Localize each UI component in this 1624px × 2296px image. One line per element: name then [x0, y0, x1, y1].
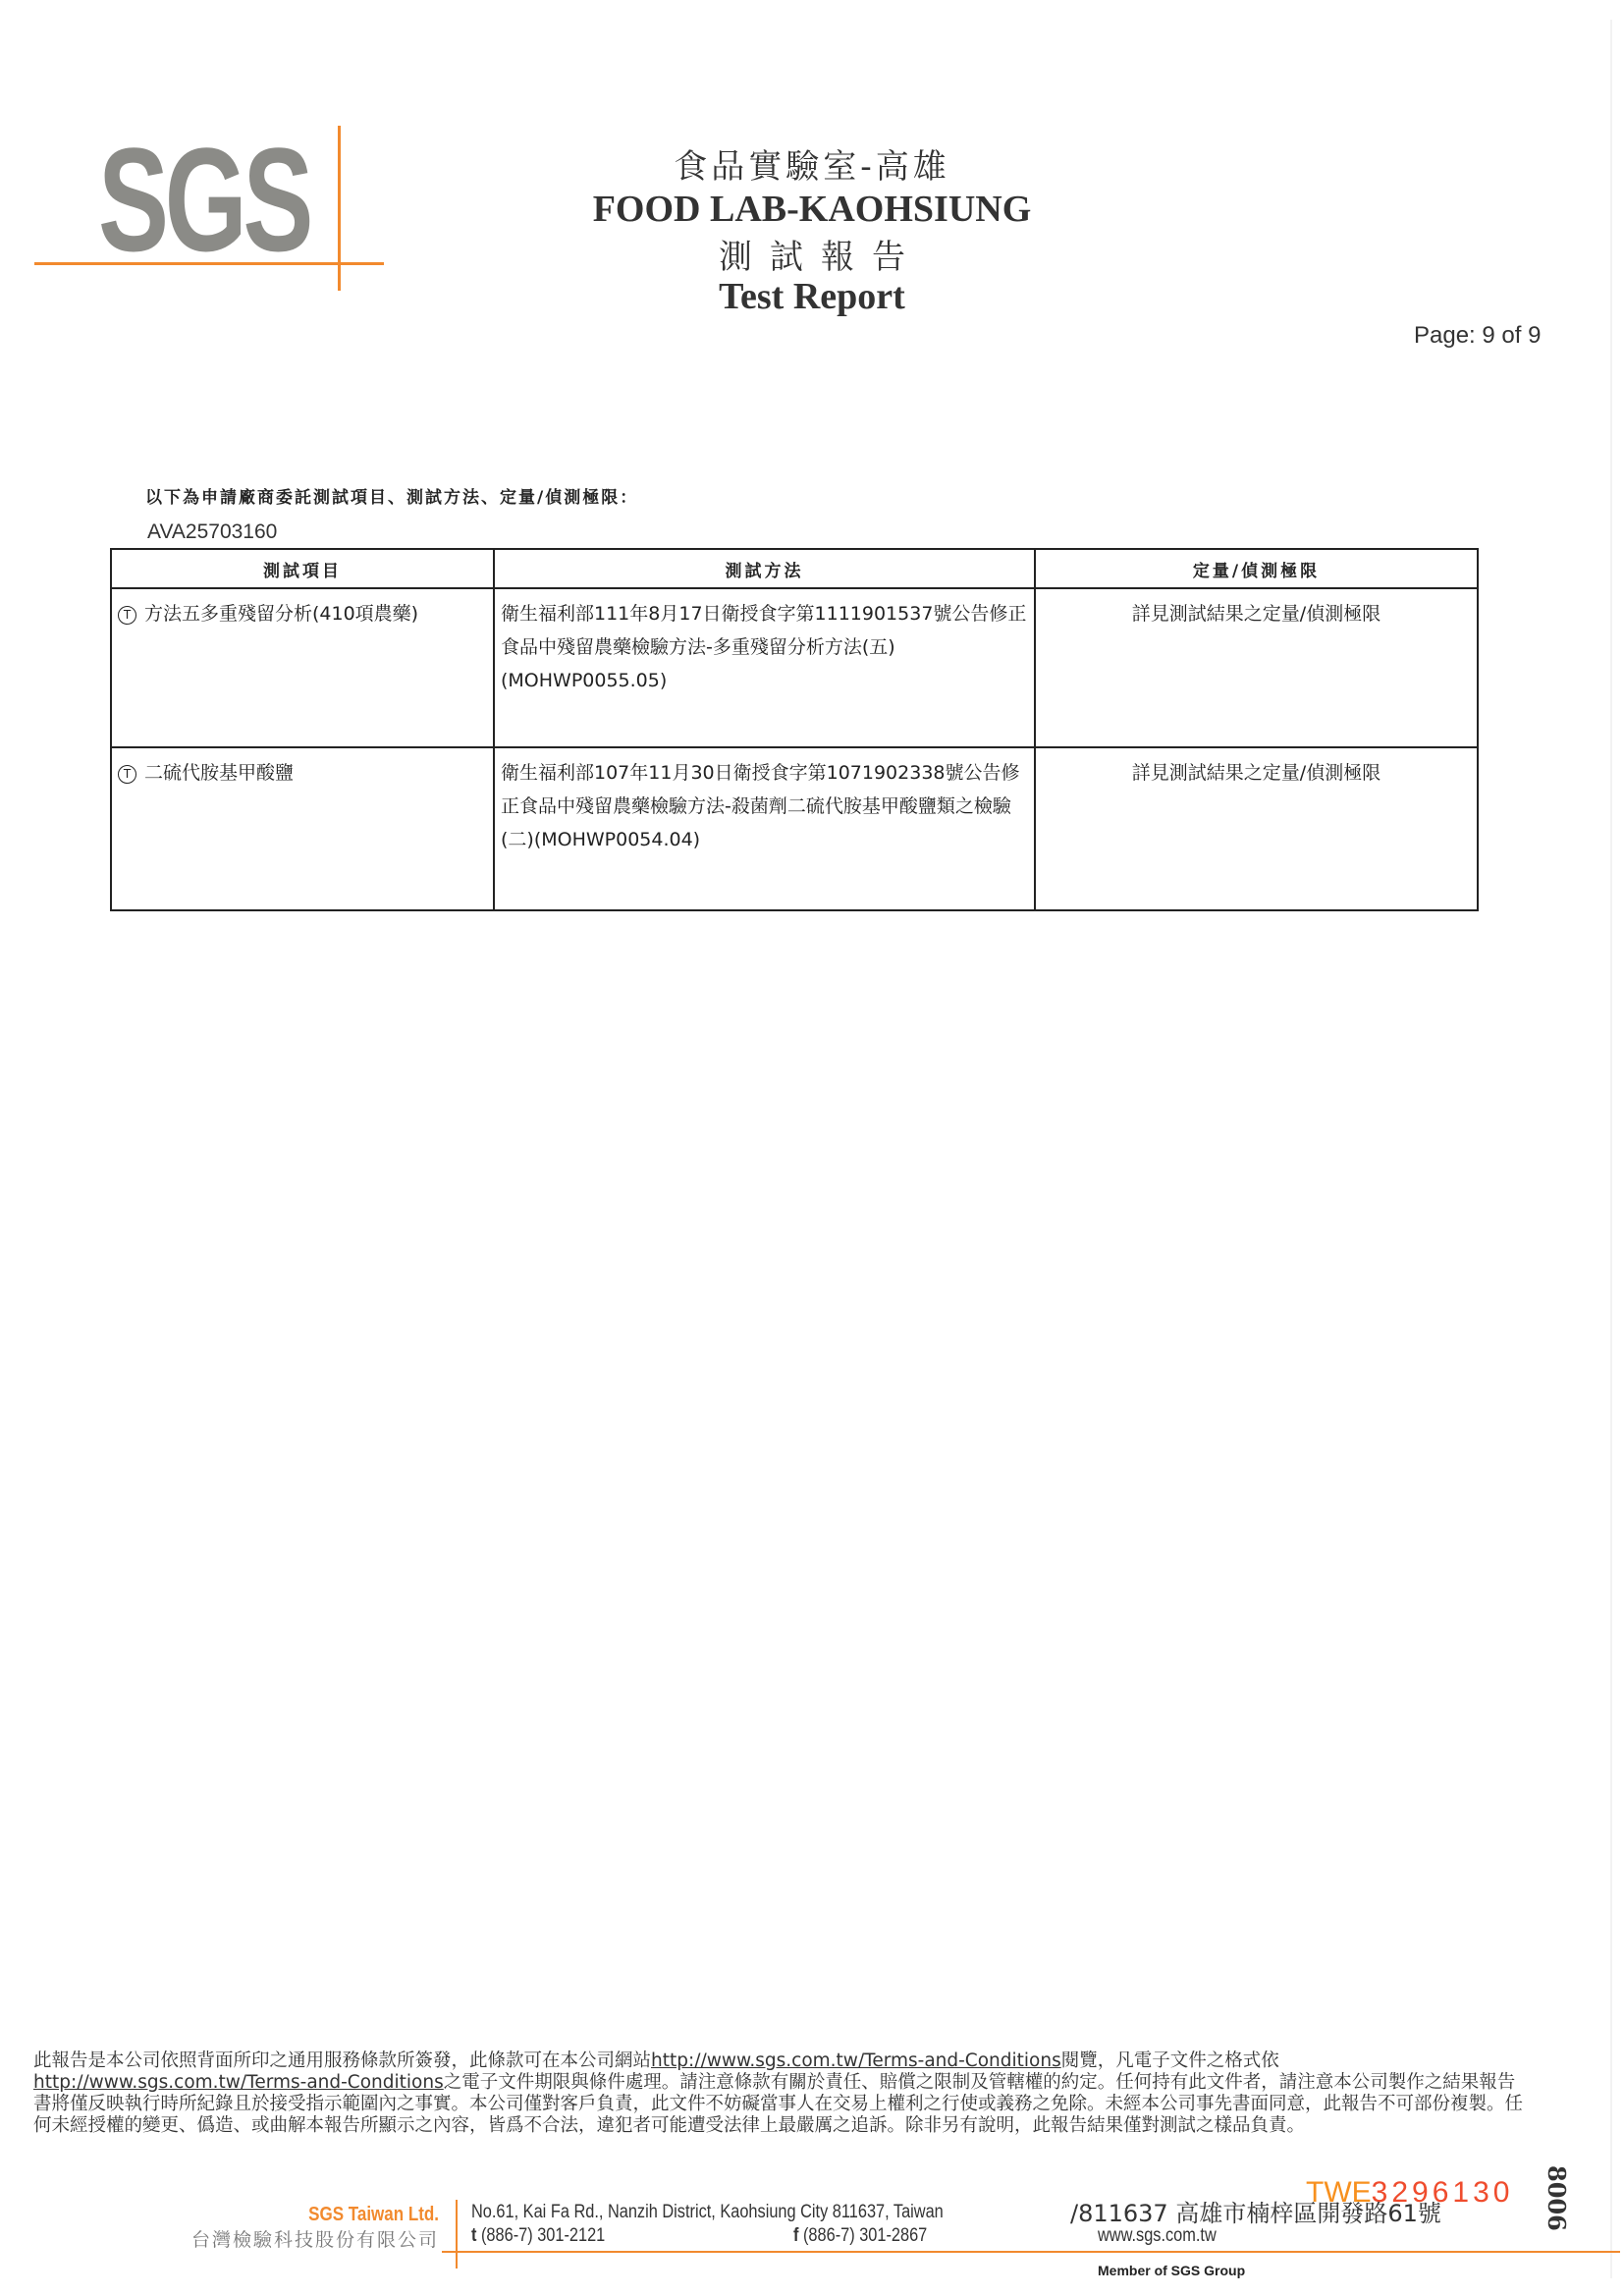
member-of-sgs-group: Member of SGS Group: [1098, 2263, 1245, 2278]
logo-vertical-line: [338, 126, 341, 291]
fax: f (886-7) 301-2867: [793, 2225, 927, 2247]
disclaimer-text: 閱覽，凡電子文件之格式依: [1061, 2050, 1279, 2071]
cell-test-item: T二硫代胺基甲酸鹽: [111, 747, 494, 910]
company-name-en: SGS Taiwan Ltd.: [233, 2204, 439, 2226]
fax-icon: f: [793, 2225, 798, 2246]
lab-title-en: FOOD LAB-KAOHSIUNG: [517, 188, 1107, 231]
logo-horizontal-line: [34, 262, 384, 265]
report-title-zh: 測試報告: [517, 230, 1107, 278]
header-test-item: 測試項目: [111, 549, 494, 588]
circled-t-icon: T: [118, 606, 136, 625]
sgs-logo: SGS: [98, 126, 309, 273]
company-name-zh: 台灣檢驗科技股份有限公司: [118, 2225, 439, 2252]
cell-test-item: T方法五多重殘留分析(410項農藥): [111, 588, 494, 747]
cell-limit: 詳見測試結果之定量/偵測極限: [1035, 588, 1478, 747]
terms-link[interactable]: http://www.sgs.com.tw/Terms-and-Conditio…: [651, 2050, 1061, 2071]
page-number: Page: 9 of 9: [1414, 322, 1541, 350]
disclaimer-text: 此報告是本公司依照背面所印之通用服務條款所簽發，此條款可在本公司網站: [33, 2050, 651, 2071]
address-en: No.61, Kai Fa Rd., Nanzih District, Kaoh…: [471, 2202, 944, 2223]
test-item-text: 二硫代胺基甲酸鹽: [144, 762, 294, 784]
circled-t-icon: T: [118, 765, 136, 784]
cell-test-method: 衛生福利部107年11月30日衛授食字第1071902338號公告修正食品中殘留…: [494, 747, 1035, 910]
website-link[interactable]: www.sgs.com.tw: [1098, 2225, 1217, 2247]
report-title-en: Test Report: [517, 275, 1107, 318]
test-spec-table: 測試項目 測試方法 定量/偵測極限 T方法五多重殘留分析(410項農藥) 衛生福…: [110, 548, 1479, 911]
lab-title-zh: 食品實驗室-高雄: [517, 139, 1107, 188]
phone: t (886-7) 301-2121: [471, 2225, 605, 2247]
terms-link[interactable]: http://www.sgs.com.tw/Terms-and-Conditio…: [33, 2072, 444, 2093]
table-row: T方法五多重殘留分析(410項農藥) 衛生福利部111年8月17日衛授食字第11…: [111, 588, 1478, 747]
header-test-method: 測試方法: [494, 549, 1035, 588]
section-intro: 以下為申請廠商委託測試項目、測試方法、定量/偵測極限：: [145, 483, 638, 508]
phone-icon: t: [471, 2225, 476, 2246]
table-header-row: 測試項目 測試方法 定量/偵測極限: [111, 549, 1478, 588]
cell-limit: 詳見測試結果之定量/偵測極限: [1035, 747, 1478, 910]
footer-vertical-line: [456, 2200, 458, 2269]
report-number: AVA25703160: [147, 520, 277, 544]
header-limit: 定量/偵測極限: [1035, 549, 1478, 588]
cell-test-method: 衛生福利部111年8月17日衛授食字第1111901537號公告修正食品中殘留農…: [494, 588, 1035, 747]
footer-horizontal-line: [442, 2251, 1620, 2253]
test-item-text: 方法五多重殘留分析(410項農藥): [144, 603, 418, 625]
legal-disclaimer: 此報告是本公司依照背面所印之通用服務條款所簽發，此條款可在本公司網站http:/…: [33, 2050, 1526, 2137]
scan-edge: [1610, 20, 1612, 2278]
address-zh: /811637 高雄市楠梓區開發路61號: [1070, 2194, 1441, 2228]
phone-number: (886-7) 301-2121: [481, 2225, 605, 2246]
side-code: 8006: [1543, 2165, 1571, 2231]
table-row: T二硫代胺基甲酸鹽 衛生福利部107年11月30日衛授食字第1071902338…: [111, 747, 1478, 910]
fax-number: (886-7) 301-2867: [803, 2225, 927, 2246]
